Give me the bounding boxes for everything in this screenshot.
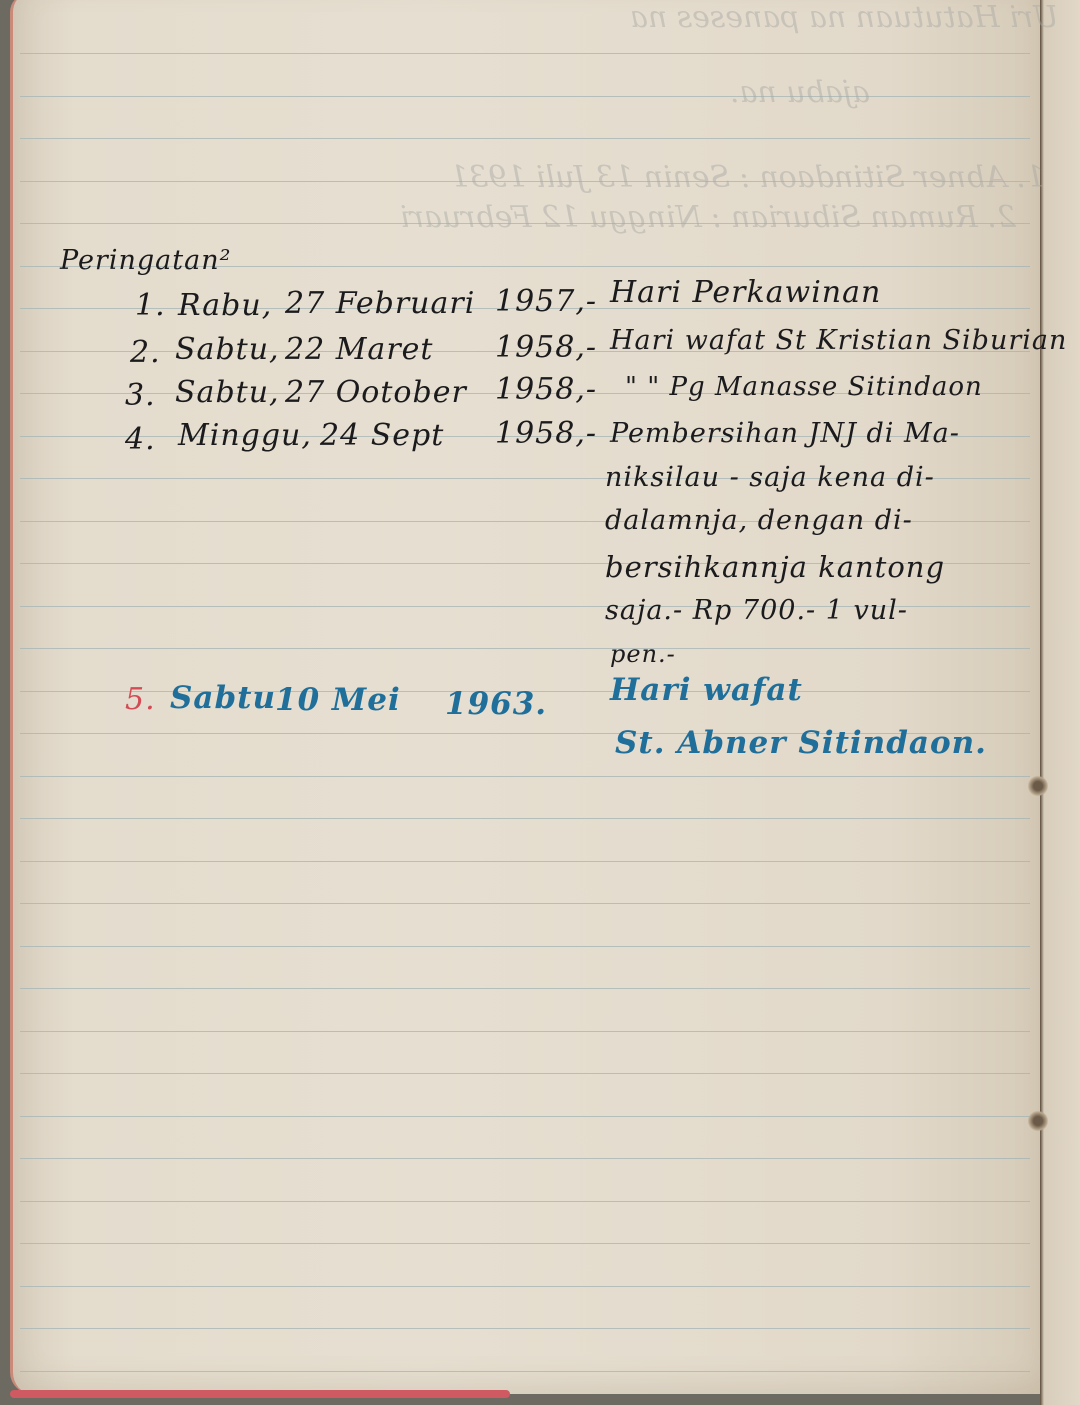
- entry-date: 27 Ootober: [285, 375, 467, 410]
- entry-number: 1.: [135, 288, 166, 323]
- entry-event: Hari Perkawinan: [610, 275, 881, 310]
- ruled-line: [20, 903, 1030, 904]
- ruled-line: [20, 1031, 1030, 1032]
- ruled-line: [20, 1158, 1030, 1159]
- ruled-line: [20, 1243, 1030, 1244]
- entry-day: Minggu,: [178, 418, 312, 453]
- entry-event: Hari wafat: [610, 672, 803, 708]
- entry-day: Sabtu,: [175, 375, 280, 410]
- page-heading: Peringatan²: [60, 245, 231, 276]
- entry-number: 4.: [125, 422, 156, 457]
- ruled-line: [20, 861, 1030, 862]
- ruled-line: [20, 818, 1030, 819]
- entry-date: 24 Sept: [320, 418, 444, 453]
- ruled-line: [20, 53, 1030, 54]
- entry-date: 10 Mei: [275, 682, 401, 718]
- ruled-line: [20, 1116, 1030, 1117]
- bleed-through-line: ajabu na.: [730, 75, 870, 110]
- ruled-line: [20, 1286, 1030, 1287]
- ruled-line: [20, 1201, 1030, 1202]
- entry-year: 1958,-: [495, 416, 597, 451]
- adjacent-page-edge: [1040, 0, 1080, 1405]
- ruled-line: [20, 946, 1030, 947]
- bleed-through-line: 1. Abner Sitindaon : Senin 13 Juli 1931: [450, 160, 1045, 195]
- entry-event: saja.- Rp 700.- 1 vul-: [605, 595, 908, 626]
- entry-event: niksilau - saja kena di-: [605, 462, 935, 493]
- entry-event: Pembersihan JNJ di Ma-: [610, 418, 960, 449]
- entry-day: Sabtu: [170, 680, 276, 716]
- ruled-line: [20, 96, 1030, 97]
- entry-event: pen.-: [610, 640, 676, 668]
- entry-day: Sabtu,: [175, 332, 280, 367]
- binding-stitch-icon: [1028, 775, 1048, 797]
- entry-event: St. Abner Sitindaon.: [615, 725, 987, 761]
- ruled-line: [20, 1073, 1030, 1074]
- ruled-line: [20, 138, 1030, 139]
- entry-year: 1963.: [445, 686, 547, 722]
- ruled-line: [20, 1371, 1030, 1372]
- entry-year: 1958,-: [495, 372, 597, 407]
- entry-number: 3.: [125, 378, 156, 413]
- entry-event: Hari wafat St Kristian Siburian: [610, 325, 1067, 356]
- ruled-line: [20, 648, 1030, 649]
- entry-year: 1957,-: [495, 284, 597, 319]
- entry-number: 5.: [125, 682, 156, 717]
- entry-event: bersihkannja kantong: [605, 550, 945, 584]
- entry-date: 22 Maret: [285, 332, 433, 367]
- red-page-edge: [10, 1390, 510, 1398]
- ruled-line: [20, 1328, 1030, 1329]
- entry-day: Rabu,: [178, 288, 272, 323]
- entry-year: 1958,-: [495, 330, 597, 365]
- ruled-line: [20, 776, 1030, 777]
- binding-stitch-icon: [1028, 1110, 1048, 1132]
- bleed-through-line: Uri Hatutuan na paneses na: [630, 0, 1059, 35]
- ruled-line: [20, 988, 1030, 989]
- entry-date: 27 Februari: [285, 286, 475, 321]
- bleed-through-line: 2. Ruman Siburian : Ninggu 12 Februari: [400, 200, 1016, 235]
- entry-event: dalamnja, dengan di-: [605, 505, 913, 536]
- entry-number: 2.: [130, 335, 161, 370]
- entry-event: " " Pg Manasse Sitindaon: [625, 372, 983, 402]
